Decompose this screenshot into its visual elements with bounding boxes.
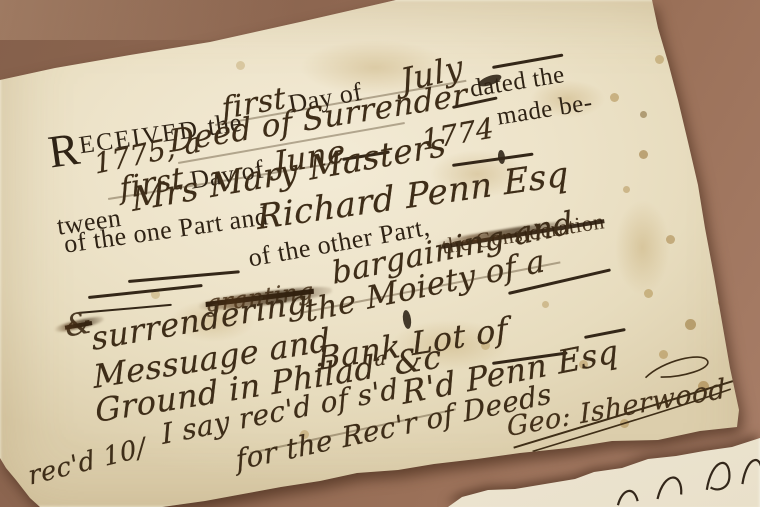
second-paper-fragment (0, 0, 760, 507)
partial-script-marks (608, 451, 760, 507)
historical-receipt-photo: RECEIVEDthe first Day of July dated the … (0, 0, 760, 507)
